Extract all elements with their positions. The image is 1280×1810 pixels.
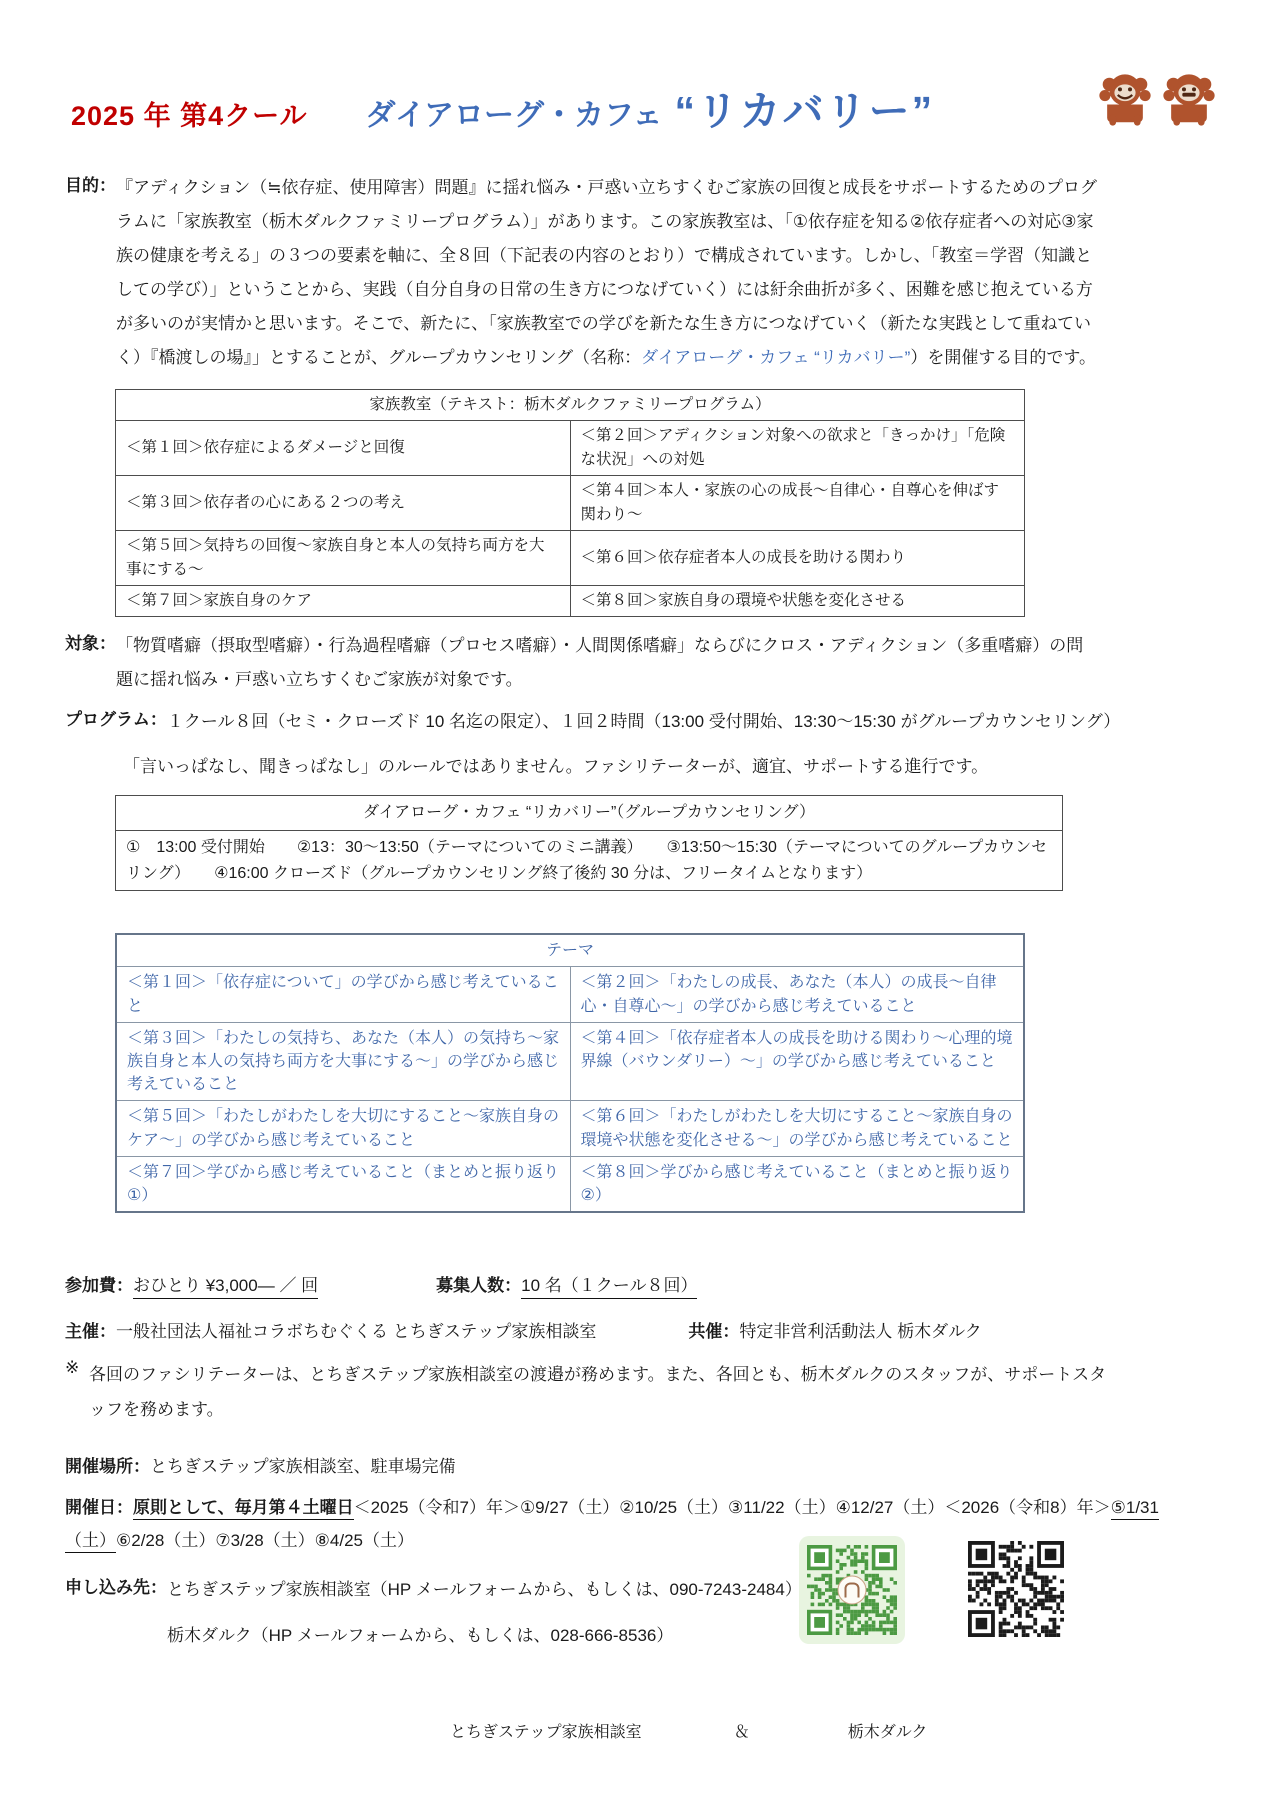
capacity-label: 募集人数：	[436, 1271, 521, 1296]
page-title-recovery: “リカバリー”	[675, 88, 935, 134]
family-class-cell-5: ＜第５回＞気持ちの回復～家族自身と本人の気持ち両方を大事にする～	[116, 531, 571, 586]
theme-cell-5: ＜第５回＞「わたしがわたしを大切にすること～家族自身のケア～」の学びから感じ考え…	[116, 1101, 570, 1156]
purpose-label: 目的：	[65, 171, 116, 375]
family-class-table-header: 家族教室（テキスト：栃木ダルクファミリープログラム）	[116, 390, 1025, 421]
note-mark: ※	[65, 1358, 89, 1428]
theme-table-header: テーマ	[116, 934, 1024, 967]
family-class-table: 家族教室（テキスト：栃木ダルクファミリープログラム） ＜第１回＞依存症によるダメ…	[115, 389, 1025, 617]
fee-row: 参加費： おひとり ¥3,000— ／ 回 募集人数： 10 名（１クール８回）	[65, 1271, 1218, 1299]
shisa-lion-icon	[1160, 72, 1218, 128]
qr-caption-amp: ＆	[734, 1719, 750, 1742]
theme-cell-3: ＜第３回＞「わたしの気持ち、あなた（本人）の気持ち～家族自身と本人の気持ち両方を…	[116, 1022, 570, 1101]
cycle-label: 2025 年 第4クール	[71, 94, 308, 133]
venue-label: 開催場所：	[65, 1452, 150, 1477]
venue-value: とちぎステップ家族相談室、駐車場完備	[150, 1452, 456, 1477]
note-text: 各回のファシリテーターは、とちぎステップ家族相談室の渡邉が務めます。また、各回と…	[89, 1358, 1108, 1428]
family-class-cell-1: ＜第１回＞依存症によるダメージと回復	[116, 421, 571, 476]
section-program: プログラム： １クール８回（セミ・クローズド 10 名迄の限定）、１回２時間（1…	[65, 705, 1218, 739]
theme-cell-1: ＜第１回＞「依存症について」の学びから感じ考えていること	[116, 967, 570, 1022]
family-class-cell-2: ＜第２回＞アディクション対象への欲求と「きっかけ」「危険な状況」への対処	[570, 421, 1025, 476]
qr-code-green	[799, 1536, 905, 1644]
program-label: プログラム：	[65, 705, 167, 739]
flyer-page: 2025 年 第4クール ダイアローグ・カフェ“リカバリー”	[0, 0, 1280, 1810]
program-text: １クール８回（セミ・クローズド 10 名迄の限定）、１回２時間（13:00 受付…	[167, 705, 1218, 739]
cohost-label: 共催：	[688, 1317, 739, 1342]
dates-label: 開催日：	[65, 1498, 133, 1517]
host-label: 主催：	[65, 1317, 116, 1342]
host-value: 一般社団法人福祉コラボちむぐくる とちぎステップ家族相談室	[116, 1317, 596, 1342]
family-class-cell-8: ＜第８回＞家族自身の環境や状態を変化させる	[570, 586, 1025, 617]
qr-caption: とちぎステップ家族相談室 ＆ 栃木ダルク	[450, 1719, 1218, 1742]
family-class-cell-3: ＜第３回＞依存者の心にある２つの考え	[116, 476, 571, 531]
theme-table: テーマ ＜第１回＞「依存症について」の学びから感じ考えていること ＜第２回＞「わ…	[115, 933, 1025, 1213]
cafe-schedule-table: ダイアローグ・カフェ “リカバリー”（グループカウンセリング） ① 13:00 …	[115, 795, 1063, 891]
qr-caption-right: 栃木ダルク	[848, 1719, 928, 1742]
venue-row: 開催場所： とちぎステップ家族相談室、駐車場完備	[65, 1452, 1218, 1477]
qr-logo-mark-icon	[845, 1583, 860, 1598]
capacity-value: 10 名（１クール８回）	[521, 1271, 697, 1299]
target-label: 対象：	[65, 629, 116, 697]
section-target: 対象： 「物質嗜癖（摂取型嗜癖）・行為過程嗜癖（プロセス嗜癖）・人間関係嗜癖」な…	[65, 629, 1218, 697]
theme-cell-2: ＜第２回＞「わたしの成長、あなた（本人）の成長～自律心・自尊心～」の学びから感じ…	[570, 967, 1024, 1022]
page-title-main: ダイアローグ・カフェ	[366, 99, 663, 132]
dates-underline-1: 原則として、毎月第４土曜日	[133, 1498, 354, 1520]
facilitator-note: ※ 各回のファシリテーターは、とちぎステップ家族相談室の渡邉が務めます。また、各…	[65, 1358, 1218, 1428]
purpose-text: 『アディクション（≒依存症、使用障害）問題』に揺れ悩み・戸惑い立ちすくむご家族の…	[116, 171, 1100, 375]
theme-cell-4: ＜第４回＞「依存症者本人の成長を助ける関わり～心理的境界線（バウンダリー）～」の…	[570, 1022, 1024, 1101]
target-text: 「物質嗜癖（摂取型嗜癖）・行為過程嗜癖（プロセス嗜癖）・人間関係嗜癖」ならびにク…	[116, 629, 1100, 697]
qr-center-logo	[838, 1576, 867, 1605]
header: 2025 年 第4クール ダイアローグ・カフェ“リカバリー”	[71, 78, 1218, 137]
cafe-schedule-header: ダイアローグ・カフェ “リカバリー”（グループカウンセリング）	[116, 796, 1063, 831]
dates-middle: ＜2025（令和7）年＞①9/27（土）②10/25（土）③11/22（土）④1…	[354, 1498, 1111, 1517]
apply-label: 申し込み先：	[65, 1573, 167, 1653]
section-purpose: 目的： 『アディクション（≒依存症、使用障害）問題』に揺れ悩み・戸惑い立ちすくむ…	[65, 171, 1218, 375]
theme-cell-6: ＜第６回＞「わたしがわたしを大切にすること～家族自身の環境や状態を変化させる～」…	[570, 1101, 1024, 1156]
purpose-text-before: 『アディクション（≒依存症、使用障害）問題』に揺れ悩み・戸惑い立ちすくむご家族の…	[116, 178, 1097, 367]
program-name-highlight: ダイアローグ・カフェ “リカバリー”	[641, 348, 910, 367]
fee-label: 参加費：	[65, 1271, 133, 1296]
cafe-schedule-body: ① 13:00 受付開始 ②13：30～13:50（テーマについてのミニ講義） …	[116, 831, 1063, 891]
fee-value: おひとり ¥3,000— ／ 回	[133, 1271, 318, 1299]
page-title: ダイアローグ・カフェ“リカバリー”	[366, 78, 935, 137]
family-class-cell-6: ＜第６回＞依存症者本人の成長を助ける関わり	[570, 531, 1025, 586]
family-class-cell-4: ＜第４回＞本人・家族の心の成長～自律心・自尊心を伸ばす関わり～	[570, 476, 1025, 531]
qr-code-black	[968, 1541, 1064, 1637]
purpose-text-after: ）を開催する目的です。	[910, 348, 1096, 367]
dates-tail: ⑥2/28（土）⑦3/28（土）⑧4/25（土）	[116, 1531, 414, 1550]
host-row: 主催： 一般社団法人福祉コラボちむぐくる とちぎステップ家族相談室 共催： 特定…	[65, 1317, 1218, 1342]
cohost-value: 特定非営利活動法人 栃木ダルク	[739, 1317, 981, 1342]
shisa-lion-icon	[1096, 72, 1154, 128]
qr-caption-left: とちぎステップ家族相談室	[450, 1719, 642, 1742]
theme-cell-7: ＜第７回＞学びから感じ考えていること（まとめと振り返り①）	[116, 1156, 570, 1212]
shisa-lions	[1096, 72, 1218, 128]
family-class-cell-7: ＜第７回＞家族自身のケア	[116, 586, 571, 617]
theme-cell-8: ＜第８回＞学びから感じ考えていること（まとめと振り返り②）	[570, 1156, 1024, 1212]
program-note: 「言いっぱなし、聞きっぱなし」のルールではありません。ファシリテーターが、適宜、…	[123, 751, 1218, 783]
